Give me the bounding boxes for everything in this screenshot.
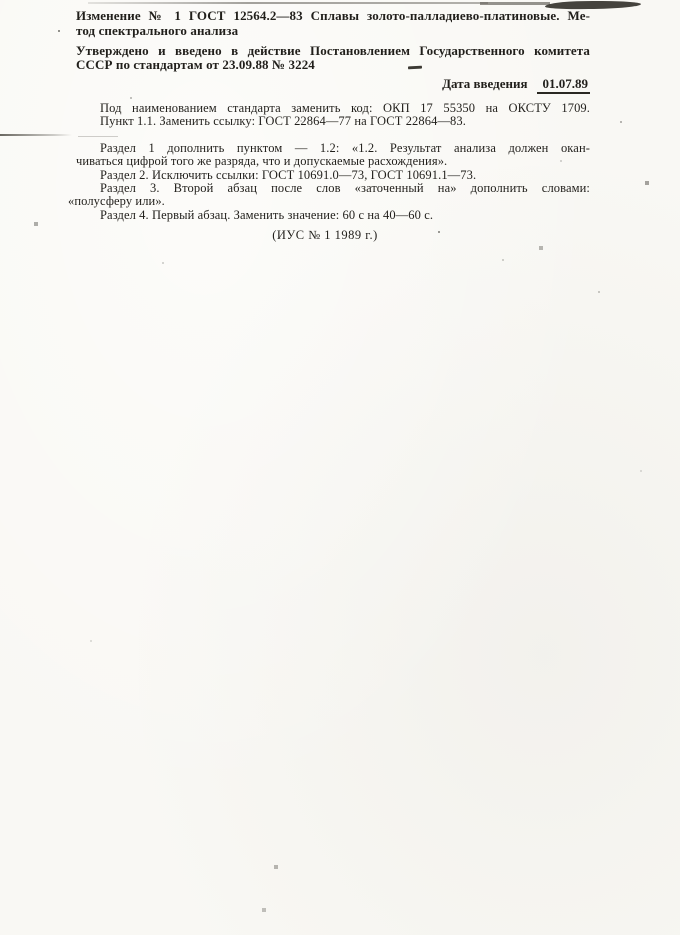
document-content: Изменение № 1 ГОСТ 12564.2—83 Сплавы зол… (76, 8, 590, 242)
body-line-punkt-1-1: Пункт 1.1. Заменить ссылку: ГОСТ 22864—7… (76, 115, 590, 128)
body-line-razdel-1b: чиваться цифрой того же разряда, что и д… (76, 155, 590, 168)
scan-top-edge-segment (480, 2, 550, 5)
title-line-2: тод спектрального анализа (76, 23, 590, 38)
footer-ius-reference: (ИУС № 1 1989 г.) (76, 228, 590, 242)
scan-top-edge-line (88, 2, 488, 4)
body-line-razdel-4: Раздел 4. Первый абзац. Заменить значени… (76, 209, 590, 222)
effective-date-line: Дата введения01.07.89 (76, 76, 590, 91)
body-line-razdel-3b: «полусферу или». (68, 195, 590, 208)
scan-noise-specks (0, 0, 2, 2)
body-line-razdel-2: Раздел 2. Исключить ссылки: ГОСТ 10691.0… (76, 169, 590, 182)
effective-date-label: Дата введения (442, 76, 527, 91)
scan-left-scratch (0, 134, 72, 136)
body-line-razdel-1a: Раздел 1 дополнить пунктом — 1.2: «1.2. … (76, 142, 590, 155)
body-line-razdel-3a: Раздел 3. Второй абзац после слов «заточ… (76, 182, 590, 195)
scanned-document-page: Изменение № 1 ГОСТ 12564.2—83 Сплавы зол… (0, 0, 680, 935)
title-line-1: Изменение № 1 ГОСТ 12564.2—83 Сплавы зол… (76, 8, 590, 23)
effective-date-value: 01.07.89 (537, 76, 591, 94)
body-line-okp: Под наименованием стандарта заменить код… (76, 102, 590, 115)
approval-line-2: СССР по стандартам от 23.09.88 № 3224 (76, 58, 590, 72)
approval-line-1: Утверждено и введено в действие Постанов… (76, 44, 590, 58)
